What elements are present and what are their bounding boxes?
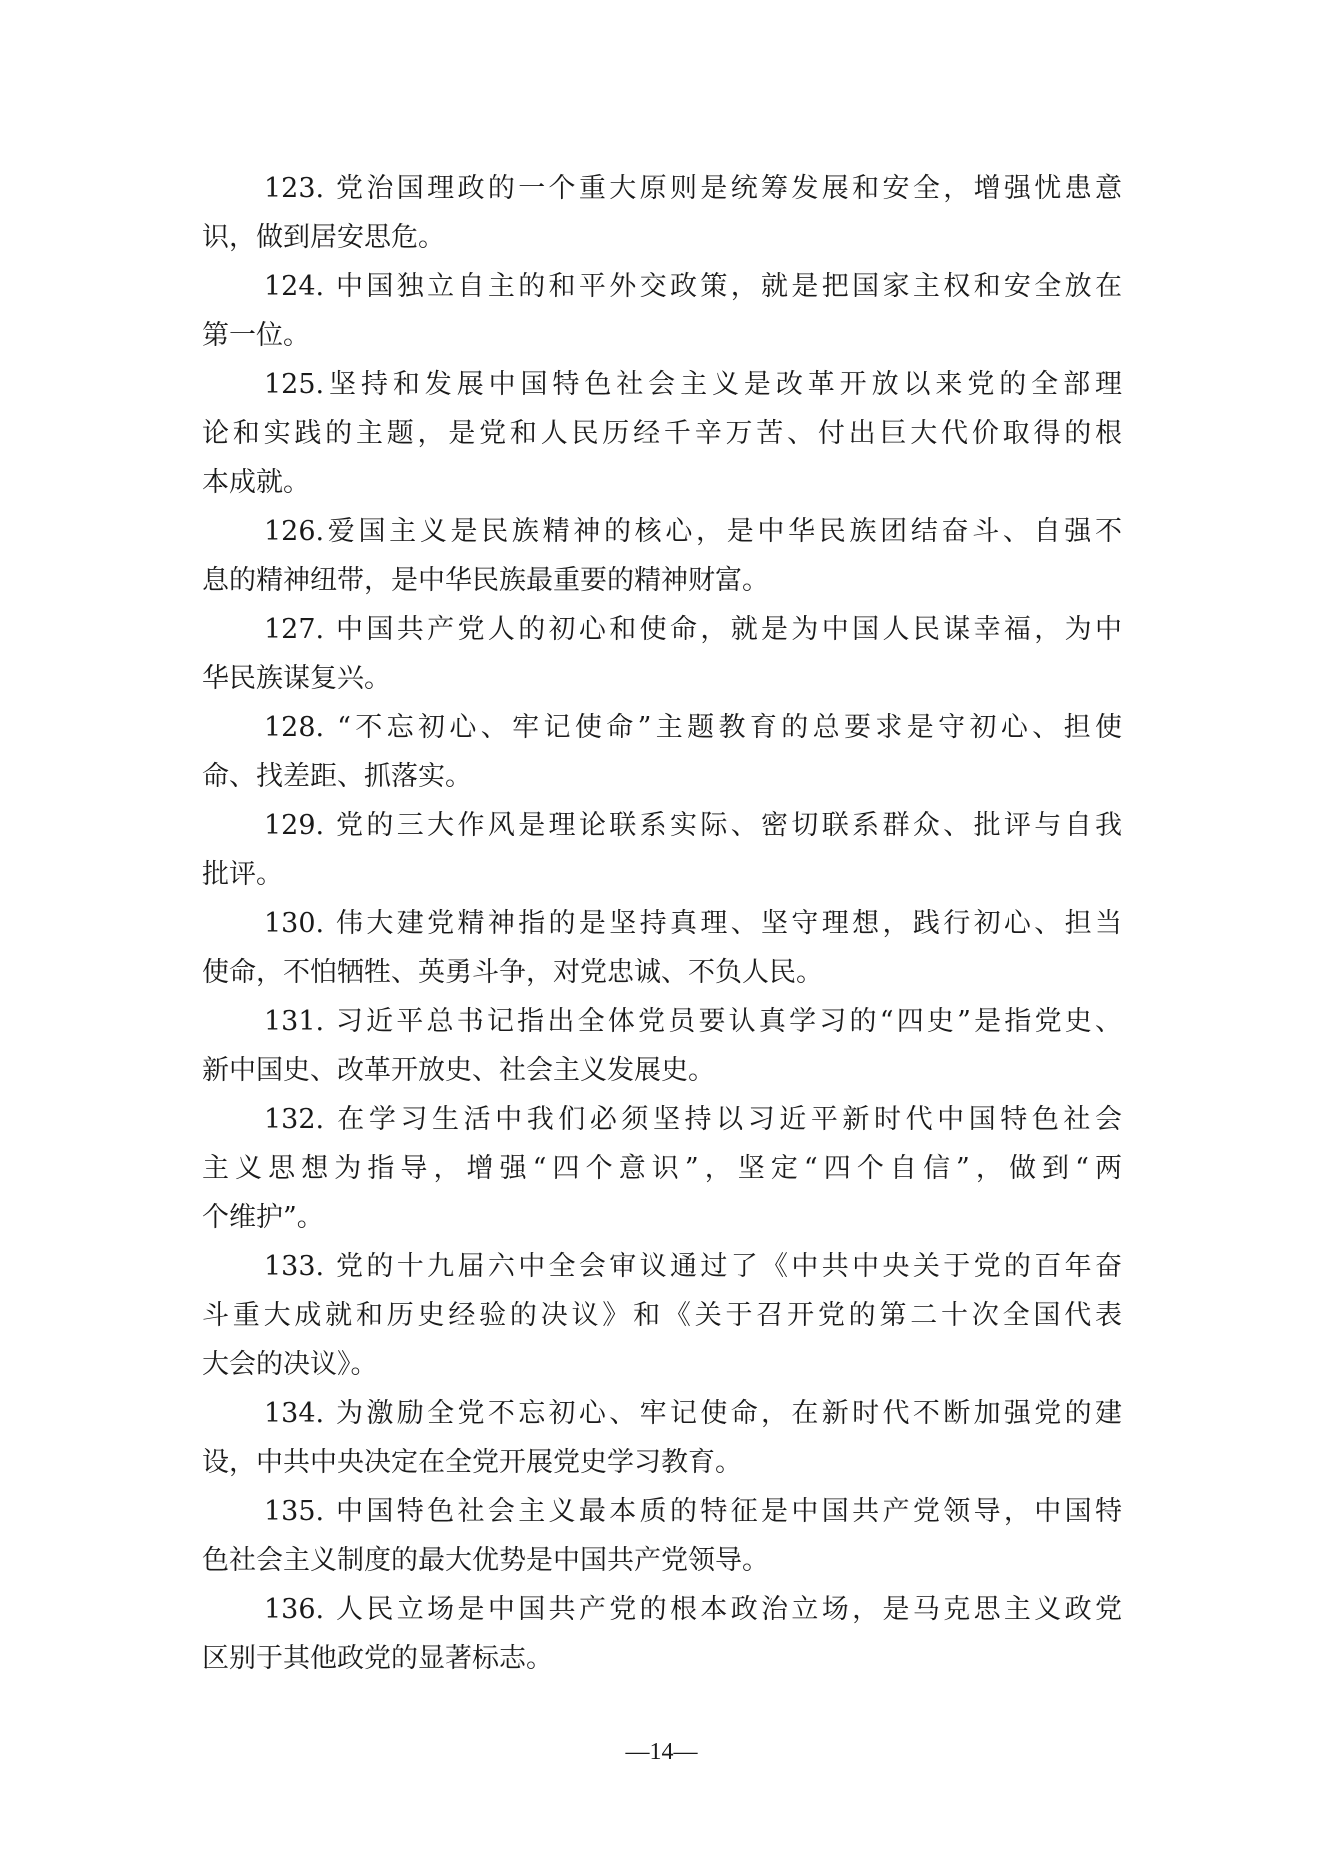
paragraph-123: 123. 党治国理政的一个重大原则是统筹发展和安全，增强忧患意 识，做到居安思危…	[202, 164, 1122, 262]
paragraph-135: 135. 中国特色社会主义最本质的特征是中国共产党领导，中国特 色社会主义制度的…	[202, 1487, 1122, 1585]
paragraph-line: 本成就。	[202, 458, 1122, 507]
paragraph-line: 区别于其他政党的显著标志。	[202, 1634, 1122, 1683]
paragraph-133: 133. 党的十九届六中全会审议通过了《中共中央关于党的百年奋 斗重大成就和历史…	[202, 1242, 1122, 1389]
paragraph-line: 个维护”。	[202, 1193, 1122, 1242]
paragraph-line: 大会的决议》。	[202, 1340, 1122, 1389]
paragraph-line: 主义思想为指导，增强“四个意识”，坚定“四个自信”，做到“两	[202, 1144, 1122, 1193]
paragraph-line: 批评。	[202, 850, 1122, 899]
paragraph-line: 命、找差距、抓落实。	[202, 752, 1122, 801]
paragraph-line: 识，做到居安思危。	[202, 213, 1122, 262]
paragraph-line: 使命，不怕牺牲、英勇斗争，对党忠诚、不负人民。	[202, 948, 1122, 997]
paragraph-line: 136. 人民立场是中国共产党的根本政治立场，是马克思主义政党	[202, 1585, 1122, 1634]
paragraph-126: 126.爱国主义是民族精神的核心，是中华民族团结奋斗、自强不 息的精神纽带，是中…	[202, 507, 1122, 605]
paragraph-line: 斗重大成就和历史经验的决议》和《关于召开党的第二十次全国代表	[202, 1291, 1122, 1340]
paragraph-line: 第一位。	[202, 311, 1122, 360]
paragraph-line: 息的精神纽带，是中华民族最重要的精神财富。	[202, 556, 1122, 605]
paragraph-131: 131. 习近平总书记指出全体党员要认真学习的“四史”是指党史、 新中国史、改革…	[202, 997, 1122, 1095]
paragraph-line: 华民族谋复兴。	[202, 654, 1122, 703]
paragraph-line: 129. 党的三大作风是理论联系实际、密切联系群众、批评与自我	[202, 801, 1122, 850]
document-page: 123. 党治国理政的一个重大原则是统筹发展和安全，增强忧患意 识，做到居安思危…	[0, 0, 1323, 1871]
paragraph-line: 设，中共中央决定在全党开展党史学习教育。	[202, 1438, 1122, 1487]
paragraph-132: 132. 在学习生活中我们必须坚持以习近平新时代中国特色社会 主义思想为指导，增…	[202, 1095, 1122, 1242]
paragraph-130: 130. 伟大建党精神指的是坚持真理、坚守理想，践行初心、担当 使命，不怕牺牲、…	[202, 899, 1122, 997]
paragraph-125: 125.坚持和发展中国特色社会主义是改革开放以来党的全部理 论和实践的主题，是党…	[202, 360, 1122, 507]
paragraph-line: 126.爱国主义是民族精神的核心，是中华民族团结奋斗、自强不	[202, 507, 1122, 556]
paragraph-line: 128. “不忘初心、牢记使命”主题教育的总要求是守初心、担使	[202, 703, 1122, 752]
paragraph-line: 新中国史、改革开放史、社会主义发展史。	[202, 1046, 1122, 1095]
paragraph-line: 133. 党的十九届六中全会审议通过了《中共中央关于党的百年奋	[202, 1242, 1122, 1291]
paragraph-line: 124. 中国独立自主的和平外交政策，就是把国家主权和安全放在	[202, 262, 1122, 311]
paragraph-line: 134. 为激励全党不忘初心、牢记使命，在新时代不断加强党的建	[202, 1389, 1122, 1438]
page-number: —14—	[0, 1736, 1323, 1768]
paragraph-136: 136. 人民立场是中国共产党的根本政治立场，是马克思主义政党 区别于其他政党的…	[202, 1585, 1122, 1683]
paragraph-line: 色社会主义制度的最大优势是中国共产党领导。	[202, 1536, 1122, 1585]
paragraph-line: 125.坚持和发展中国特色社会主义是改革开放以来党的全部理	[202, 360, 1122, 409]
paragraph-line: 130. 伟大建党精神指的是坚持真理、坚守理想，践行初心、担当	[202, 899, 1122, 948]
document-body: 123. 党治国理政的一个重大原则是统筹发展和安全，增强忧患意 识，做到居安思危…	[202, 164, 1122, 1683]
paragraph-line: 131. 习近平总书记指出全体党员要认真学习的“四史”是指党史、	[202, 997, 1122, 1046]
paragraph-127: 127. 中国共产党人的初心和使命，就是为中国人民谋幸福，为中 华民族谋复兴。	[202, 605, 1122, 703]
paragraph-line: 132. 在学习生活中我们必须坚持以习近平新时代中国特色社会	[202, 1095, 1122, 1144]
paragraph-134: 134. 为激励全党不忘初心、牢记使命，在新时代不断加强党的建 设，中共中央决定…	[202, 1389, 1122, 1487]
paragraph-124: 124. 中国独立自主的和平外交政策，就是把国家主权和安全放在 第一位。	[202, 262, 1122, 360]
paragraph-128: 128. “不忘初心、牢记使命”主题教育的总要求是守初心、担使 命、找差距、抓落…	[202, 703, 1122, 801]
paragraph-line: 127. 中国共产党人的初心和使命，就是为中国人民谋幸福，为中	[202, 605, 1122, 654]
paragraph-line: 论和实践的主题，是党和人民历经千辛万苦、付出巨大代价取得的根	[202, 409, 1122, 458]
paragraph-129: 129. 党的三大作风是理论联系实际、密切联系群众、批评与自我 批评。	[202, 801, 1122, 899]
paragraph-line: 123. 党治国理政的一个重大原则是统筹发展和安全，增强忧患意	[202, 164, 1122, 213]
paragraph-line: 135. 中国特色社会主义最本质的特征是中国共产党领导，中国特	[202, 1487, 1122, 1536]
